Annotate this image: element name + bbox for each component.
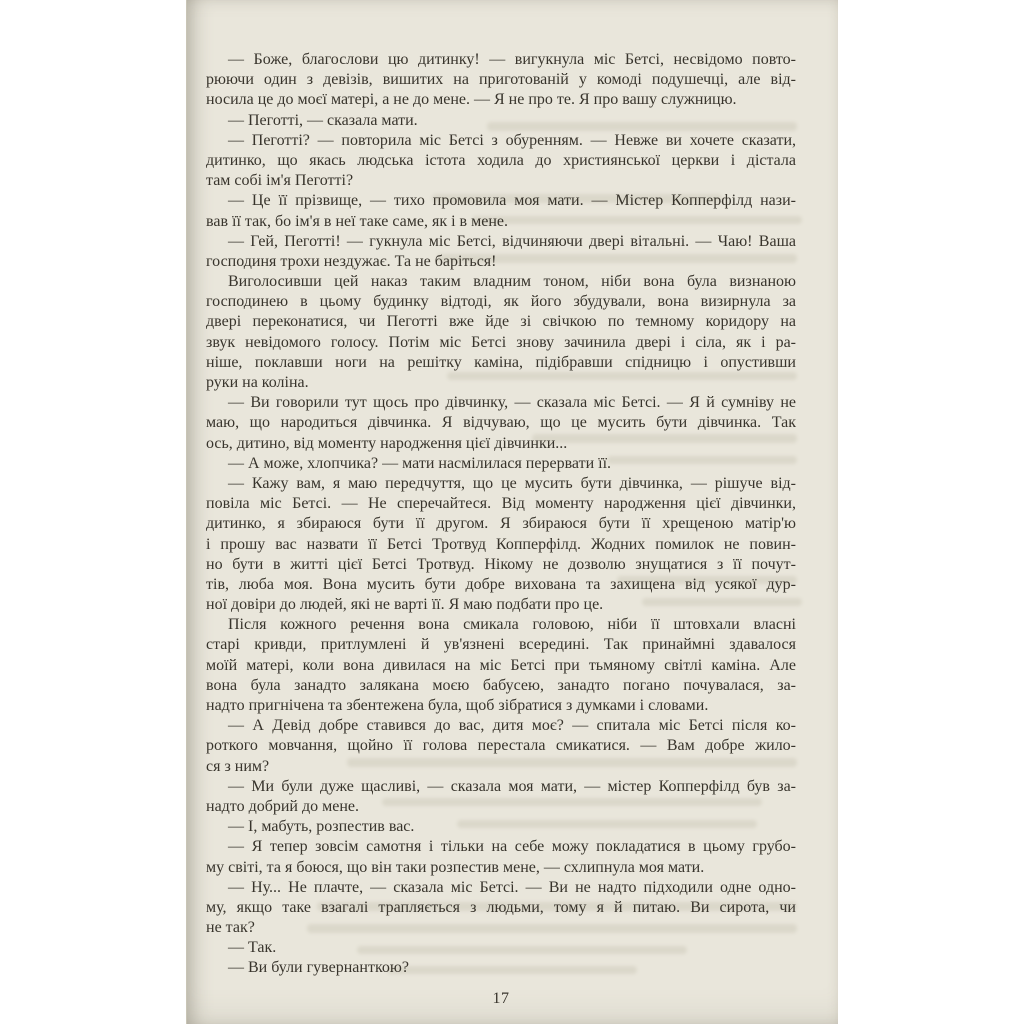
text-line: звук невідомого голосу. Потім міс Бетсі … (206, 333, 796, 353)
text-line: но бути в житті цієї Бетсі Тротвуд. Ніко… (206, 555, 796, 575)
text-line: дитинко, я збираюся бути її другом. Я зб… (206, 514, 796, 534)
book-page: — Боже, благослови цю дитинку! — вигукну… (186, 0, 838, 1024)
text-line: му, якщо таке взагалі трапляється з людь… (206, 898, 796, 918)
text-line: ось, дитино, від моменту народження цієї… (206, 434, 796, 454)
text-line: рюючи один з девізів, вишитих на пригото… (206, 70, 796, 90)
text-line: вав її так, бо ім'я в неї таке саме, як … (206, 212, 796, 232)
text-line: дитинко, що якась людська істота ходила … (206, 151, 796, 171)
text-line: му світі, та я боюся, що він таки розпес… (206, 858, 796, 878)
text-line: — Ну... Не плачте, — сказала міс Бетсі. … (206, 878, 796, 898)
text-line: там собі ім'я Пеготті? (206, 171, 796, 191)
text-line: — Ми були дуже щасливі, — сказала моя ма… (206, 777, 796, 797)
text-line: — Пеготті, — сказала мати. (206, 111, 796, 131)
text-line: і прошу вас назвати її Бетсі Тротвуд Коп… (206, 535, 796, 555)
page-text: — Боже, благослови цю дитинку! — вигукну… (206, 50, 796, 979)
text-line: — Ви говорили тут щось про дівчинку, — с… (206, 393, 796, 413)
text-line: — Кажу вам, я маю передчуття, що це муси… (206, 474, 796, 494)
text-line: надто пригнічена та збентежена була, щоб… (206, 696, 796, 716)
text-line: Після кожного речення вона смикала голов… (206, 615, 796, 635)
text-line: — Я тепер зовсім самотня і тільки на себ… (206, 837, 796, 857)
text-line: — Боже, благослови цю дитинку! — вигукну… (206, 50, 796, 70)
text-line: ної довіри до людей, які не варті її. Я … (206, 595, 796, 615)
text-line: — Це її прізвище, — тихо промовила моя м… (206, 191, 796, 211)
text-line: повіла міс Бетсі. — Не сперечайтеся. Від… (206, 494, 796, 514)
text-line: ніше, поклавши ноги на решітку каміна, п… (206, 353, 796, 373)
text-line: роткого мовчання, щойно її голова перест… (206, 736, 796, 756)
text-line: — Гей, Пеготті! — гукнула міс Бетсі, від… (206, 232, 796, 252)
text-line: вона була занадто залякана моєю бабусею,… (206, 676, 796, 696)
text-line: руки на коліна. (206, 373, 796, 393)
text-line: двері переконатися, чи Пеготті вже йде з… (206, 312, 796, 332)
text-line: маю, що народиться дівчинка. Я відчуваю,… (206, 413, 796, 433)
text-line: Виголосивши цей наказ таким владним тоно… (206, 272, 796, 292)
text-line: ся з ним? (206, 757, 796, 777)
text-line: — Так. (206, 938, 796, 958)
text-line: господиня трохи нездужає. Та не баріться… (206, 252, 796, 272)
text-line: надто добрий до мене. (206, 797, 796, 817)
text-line: — Ви були гувернанткою? (206, 958, 796, 978)
text-line: господинею в цьому будинку відтоді, як й… (206, 292, 796, 312)
page-number: 17 (206, 990, 796, 1008)
text-line: моїй матері, коли вона дивилася на міс Б… (206, 656, 796, 676)
text-line: — І, мабуть, розпестив вас. (206, 817, 796, 837)
text-line: старі кривди, притлумлені й ув'язнені вс… (206, 635, 796, 655)
text-line: тів, люба моя. Вона мусить бути добре ви… (206, 575, 796, 595)
text-line: — Пеготті? — повторила міс Бетсі з обуре… (206, 131, 796, 151)
book-page-scan: — Боже, благослови цю дитинку! — вигукну… (0, 0, 1024, 1024)
text-line: носила це до моєї матері, а не до мене. … (206, 90, 796, 110)
text-line: не так? (206, 918, 796, 938)
text-line: — А Девід добре ставився до вас, дитя мо… (206, 716, 796, 736)
text-line: — А може, хлопчика? — мати насмілилася п… (206, 454, 796, 474)
